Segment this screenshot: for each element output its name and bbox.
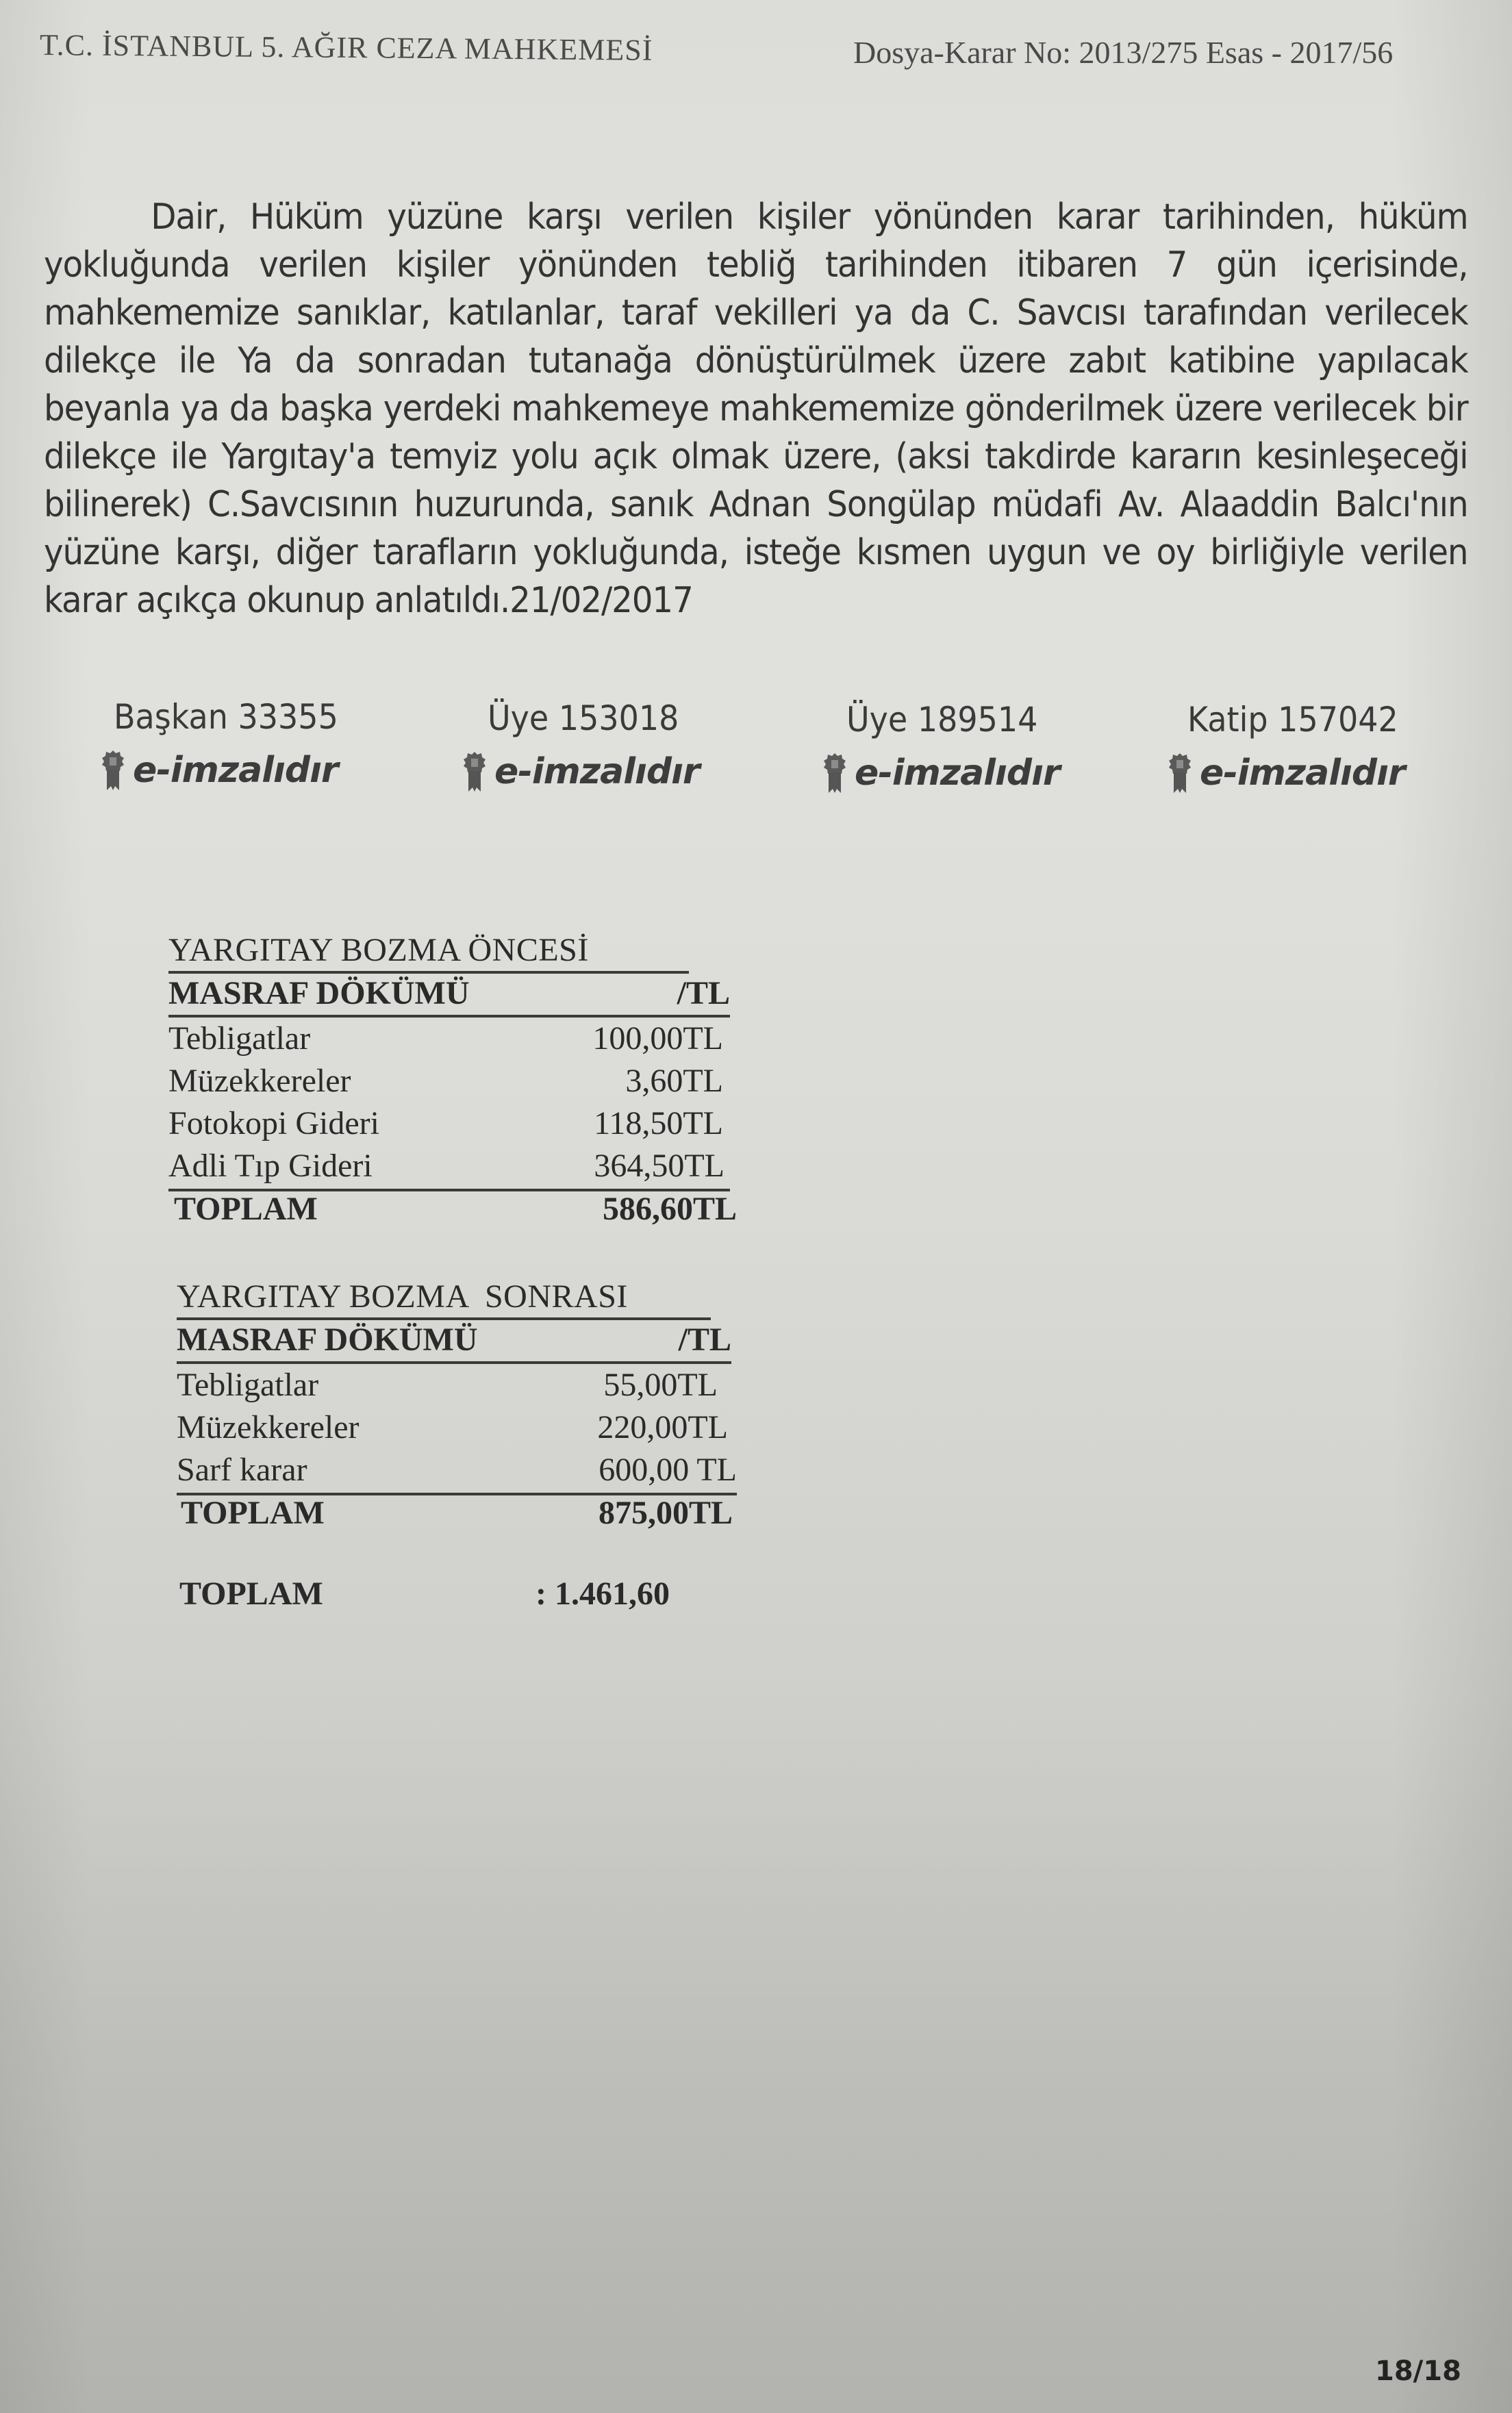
court-name: T.C. İSTANBUL 5. AĞIR CEZA MAHKEMESİ xyxy=(40,27,653,68)
signature-member-2: Üye 189514 e-imzalıdır xyxy=(846,700,1060,794)
table-row: Tebligatlar 55,00TL xyxy=(177,1364,718,1406)
seal-icon xyxy=(823,752,846,794)
signature-role: Üye 189514 xyxy=(846,700,1043,740)
total-label: TOPLAM xyxy=(177,1495,325,1531)
row-label: Müzekkereler xyxy=(177,1406,360,1449)
row-value: 220,00TL xyxy=(597,1406,728,1449)
total-value: 875,00TL xyxy=(598,1495,733,1531)
table-row: Müzekkereler 3,60TL xyxy=(168,1060,723,1102)
row-value: 118,50TL xyxy=(594,1102,723,1145)
table-header: MASRAF DÖKÜMÜ /TL xyxy=(168,974,730,1013)
table-title: YARGITAY BOZMA ÖNCESİ xyxy=(168,931,737,970)
table-header: MASRAF DÖKÜMÜ /TL xyxy=(177,1320,731,1360)
signature-role: Üye 153018 xyxy=(488,698,683,738)
expense-table-after: YARGITAY BOZMA SONRASI MASRAF DÖKÜMÜ /TL… xyxy=(177,1278,738,1531)
table-row: Müzekkereler 220,00TL xyxy=(177,1406,728,1449)
total-row: TOPLAM 875,00TL xyxy=(177,1495,733,1531)
header-unit: /TL xyxy=(679,1320,731,1360)
row-label: Sarf karar xyxy=(177,1449,307,1491)
signature-member-1: Üye 153018 e-imzalıdır xyxy=(488,698,700,793)
row-value: 100,00TL xyxy=(592,1018,723,1060)
total-row: TOPLAM 586,60TL xyxy=(168,1191,737,1227)
grand-total-value: : 1.461,60 xyxy=(535,1575,670,1613)
seal-icon xyxy=(101,749,125,792)
row-value: 600,00 TL xyxy=(598,1449,737,1491)
row-label: Adli Tıp Gideri xyxy=(168,1145,373,1187)
header-label: MASRAF DÖKÜMÜ xyxy=(177,1320,478,1360)
total-label: TOPLAM xyxy=(168,1191,318,1227)
e-signature-mark: e-imzalıdır xyxy=(133,750,338,791)
case-number: Dosya-Karar No: 2013/275 Esas - 2017/56 xyxy=(853,34,1393,71)
decision-paragraph: Dair, Hüküm yüzüne karşı verilen kişiler… xyxy=(44,193,1467,624)
header-label: MASRAF DÖKÜMÜ xyxy=(168,974,470,1013)
table-row: Tebligatlar 100,00TL xyxy=(168,1018,723,1060)
row-label: Müzekkereler xyxy=(168,1060,351,1102)
signature-role: Katip 157042 xyxy=(1187,700,1398,740)
e-signature-mark: e-imzalıdır xyxy=(855,753,1060,794)
grand-total: TOPLAM : 1.461,60 xyxy=(179,1575,700,1613)
row-label: Tebligatlar xyxy=(177,1364,318,1406)
seal-icon xyxy=(463,750,486,793)
table-row: Adli Tıp Gideri 364,50TL xyxy=(168,1145,724,1187)
table-row: Sarf karar 600,00 TL xyxy=(177,1449,737,1491)
row-value: 55,00TL xyxy=(603,1364,718,1406)
expense-table-before: YARGITAY BOZMA ÖNCESİ MASRAF DÖKÜMÜ /TL … xyxy=(168,931,737,1227)
grand-total-label: TOPLAM xyxy=(179,1575,535,1613)
row-label: Fotokopi Gideri xyxy=(168,1102,379,1145)
signature-president: Başkan 33355 e-imzalıdır xyxy=(114,697,357,792)
row-value: 3,60TL xyxy=(625,1060,723,1102)
header-unit: /TL xyxy=(677,974,730,1013)
e-signature-mark: e-imzalıdır xyxy=(1200,753,1405,794)
table-title: YARGITAY BOZMA SONRASI xyxy=(177,1278,738,1316)
table-row: Fotokopi Gideri 118,50TL xyxy=(168,1102,723,1145)
row-value: 364,50TL xyxy=(594,1145,724,1187)
page-number: 18/18 xyxy=(1375,2355,1461,2387)
e-signature-mark: e-imzalıdır xyxy=(494,751,700,792)
signature-clerk: Katip 157042 e-imzalıdır xyxy=(1187,700,1417,794)
total-value: 586,60TL xyxy=(603,1191,737,1227)
signature-role: Başkan 33355 xyxy=(114,697,338,737)
seal-icon xyxy=(1168,752,1192,794)
row-label: Tebligatlar xyxy=(168,1018,310,1060)
